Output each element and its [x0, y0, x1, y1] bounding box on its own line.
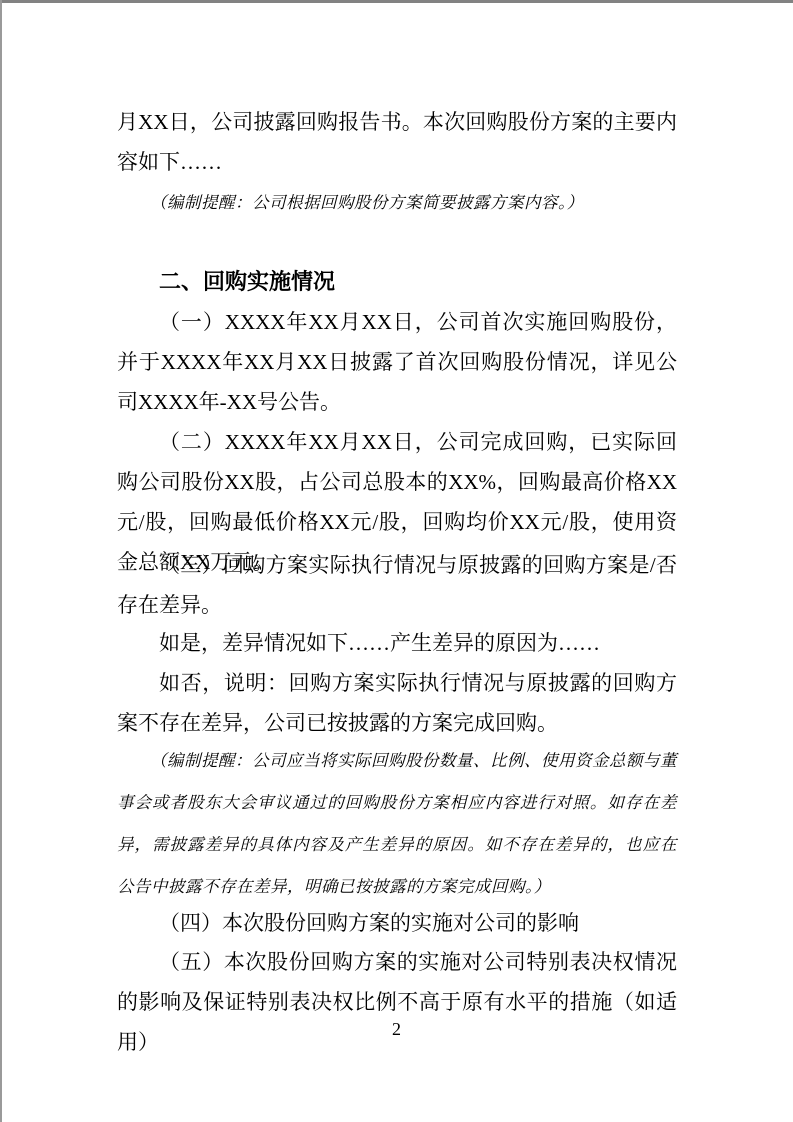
paragraph-item-1: （一）XXXX年XX月XX日，公司首次实施回购股份，并于XXXX年XX月XX日披…	[117, 302, 677, 422]
page-number: 2	[0, 1018, 793, 1040]
page-top-edge-line	[0, 0, 793, 3]
editor-note-1: （编制提醒：公司根据回购股份方案简要披露方案内容。）	[117, 183, 677, 223]
paragraph-if-yes: 如是，差异情况如下……产生差异的原因为……	[117, 623, 677, 663]
paragraph-item-5: （五）本次股份回购方案的实施对公司特别表决权情况的影响及保证特别表决权比例不高于…	[117, 942, 677, 1062]
page-left-edge-line	[0, 0, 2, 1122]
editor-note-2: （编制提醒：公司应当将实际回购股份数量、比例、使用资金总额与董事会或者股东大会审…	[117, 740, 677, 908]
paragraph-item-4: （四）本次股份回购方案的实施对公司的影响	[117, 903, 677, 943]
paragraph-item-3: （三）回购方案实际执行情况与原披露的回购方案是/否存在差异。	[117, 545, 677, 625]
document-page: 月XX日，公司披露回购报告书。本次回购股份方案的主要内容如下…… （编制提醒：公…	[0, 0, 793, 1122]
section-heading-implementation: 二、回购实施情况	[117, 262, 677, 302]
paragraph-if-no: 如否，说明：回购方案实际执行情况与原披露的回购方案不存在差异，公司已按披露的方案…	[117, 663, 677, 743]
paragraph-continuation: 月XX日，公司披露回购报告书。本次回购股份方案的主要内容如下……	[117, 102, 677, 182]
